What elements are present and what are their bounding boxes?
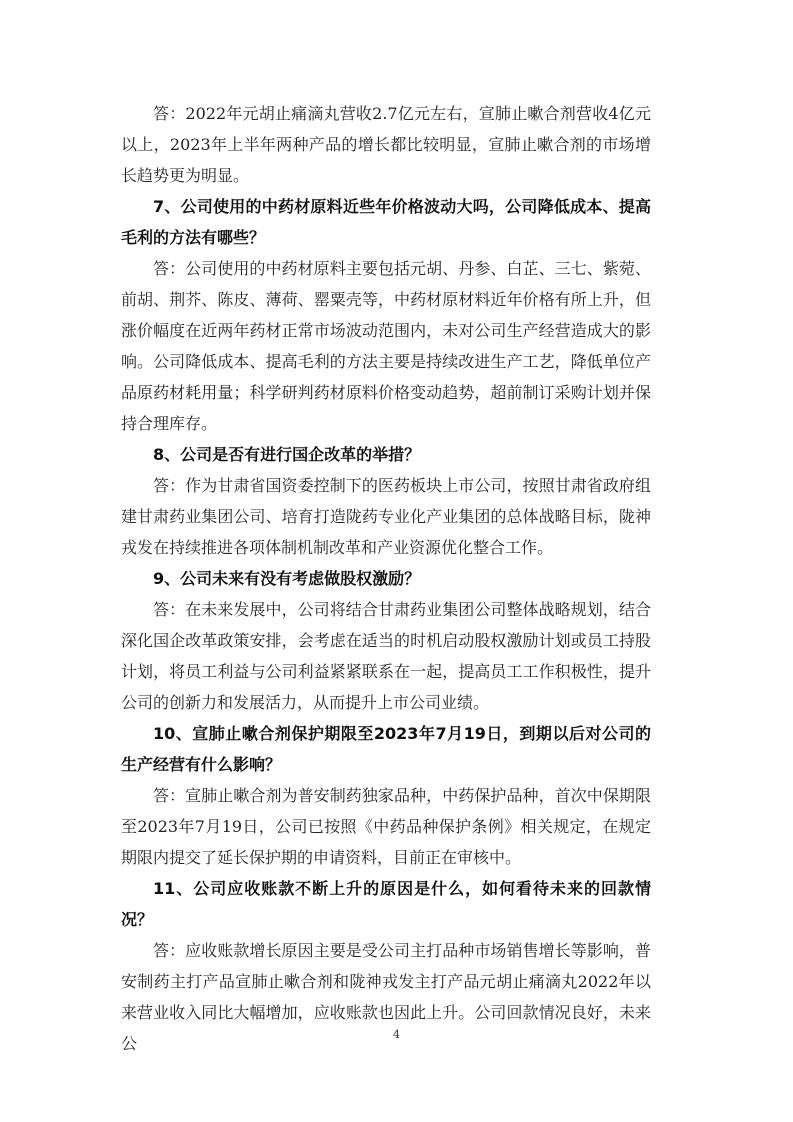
question-11: 11、公司应收账款不断上升的原因是什么，如何看待未来的回款情况？ [121,873,651,935]
answer-paragraph-6: 答：2022年元胡止痛滴丸营收2.7亿元左右，宣肺止嗽合剂营收4亿元以上，202… [121,98,651,191]
question-7: 7、公司使用的中药材原料近些年价格波动大吗，公司降低成本、提高毛利的方法有哪些？ [121,191,651,253]
question-8: 8、公司是否有进行国企改革的举措？ [121,439,651,470]
answer-paragraph-10: 答：宣肺止嗽合剂为普安制药独家品种，中药保护品种，首次中保期限至2023年7月1… [121,780,651,873]
question-10: 10、宣肺止嗽合剂保护期限至2023年7月19日，到期以后对公司的生产经营有什么… [121,718,651,780]
question-9: 9、公司未来有没有考虑做股权激励？ [121,563,651,594]
page-number: 4 [0,1028,793,1041]
document-body: 答：2022年元胡止痛滴丸营收2.7亿元左右，宣肺止嗽合剂营收4亿元以上，202… [121,98,651,1059]
answer-paragraph-8: 答：作为甘肃省国资委控制下的医药板块上市公司，按照甘肃省政府组建甘肃药业集团公司… [121,470,651,563]
answer-paragraph-9: 答：在未来发展中，公司将结合甘肃药业集团公司整体战略规划，结合深化国企改革政策安… [121,594,651,718]
answer-paragraph-7: 答：公司使用的中药材原料主要包括元胡、丹参、白芷、三七、紫菀、前胡、荆芥、陈皮、… [121,253,651,439]
